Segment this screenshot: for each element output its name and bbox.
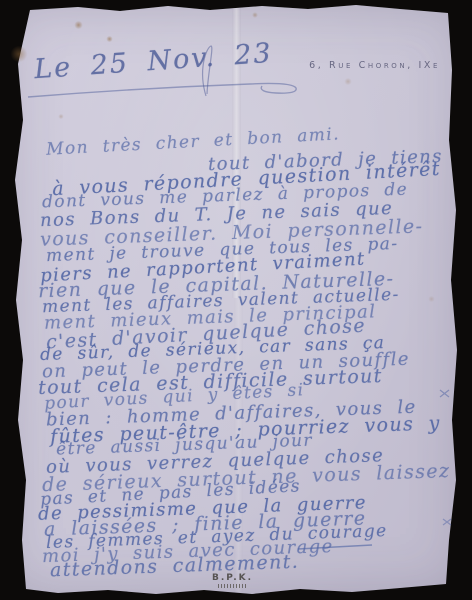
- letter-body: Mon très cher et bon ami.tout d'abord je…: [0, 0, 472, 600]
- scanned-letter-photo: 6, Rue Choron, IXe Le 25 Nov. 23 Mon trè…: [0, 0, 472, 600]
- bpk-stamp: B.P.K.: [212, 573, 253, 588]
- bpk-stamp-subtext: [218, 584, 248, 588]
- bpk-stamp-text: B.P.K.: [212, 573, 253, 583]
